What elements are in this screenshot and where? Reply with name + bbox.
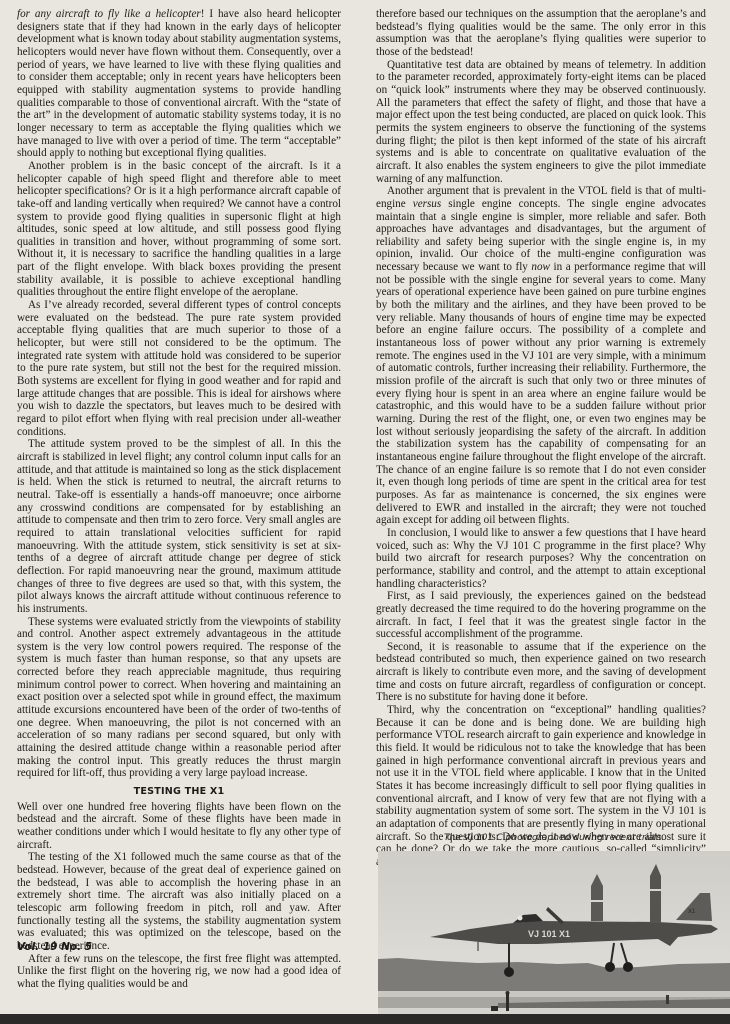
page-bottom-edge — [0, 1014, 730, 1024]
paragraph: Another argument that is prevalent in th… — [376, 185, 706, 527]
main-wheel — [605, 962, 615, 972]
paragraph: The testing of the X1 followed much the … — [17, 851, 341, 952]
italic-phrase: for any aircraft to fly like a helicopte… — [17, 8, 201, 20]
paragraph: Third, why the concentration on “excepti… — [376, 704, 706, 869]
figure-caption: The VJ 101 C photographed during recent … — [378, 832, 730, 843]
svg-text:X1: X1 — [688, 909, 696, 915]
aircraft-photo: X1 VJ 101 X1 — [378, 851, 730, 1014]
paragraph: Second, it is reasonable to assume that … — [376, 641, 706, 704]
paragraph: The attitude system proved to be the sim… — [17, 438, 341, 615]
paragraph: As I’ve already recorded, several differ… — [17, 299, 341, 438]
issue-footer: Vol. 19 No. 5 — [17, 941, 92, 953]
person-figure — [506, 994, 509, 1011]
nose-wheel — [504, 967, 514, 977]
vj101-aircraft-illustration: X1 VJ 101 X1 — [378, 851, 730, 1014]
paragraph: After a few runs on the telescope, the f… — [17, 953, 341, 991]
svg-text:VJ 101 X1: VJ 101 X1 — [528, 929, 570, 939]
paragraph: In conclusion, I would like to answer a … — [376, 527, 706, 590]
italic-word: versus — [413, 198, 441, 210]
paragraph: Another problem is in the basic concept … — [17, 160, 341, 299]
left-column: for any aircraft to fly like a helicopte… — [17, 8, 341, 991]
paragraph: First, as I said previously, the experie… — [376, 590, 706, 641]
right-column: therefore based our techniques on the as… — [376, 8, 706, 869]
paragraph: for any aircraft to fly like a helicopte… — [17, 8, 341, 160]
section-heading: TESTING THE X1 — [17, 786, 341, 799]
paragraph: These systems were evaluated strictly fr… — [17, 616, 341, 781]
paragraph: therefore based our techniques on the as… — [376, 8, 706, 59]
paragraph: Quantitative test data are obtained by m… — [376, 59, 706, 186]
engine-nacelle-right — [650, 864, 661, 923]
main-wheel — [623, 962, 633, 972]
italic-word: now — [531, 261, 550, 273]
paragraph: Well over one hundred free hovering flig… — [17, 801, 341, 852]
